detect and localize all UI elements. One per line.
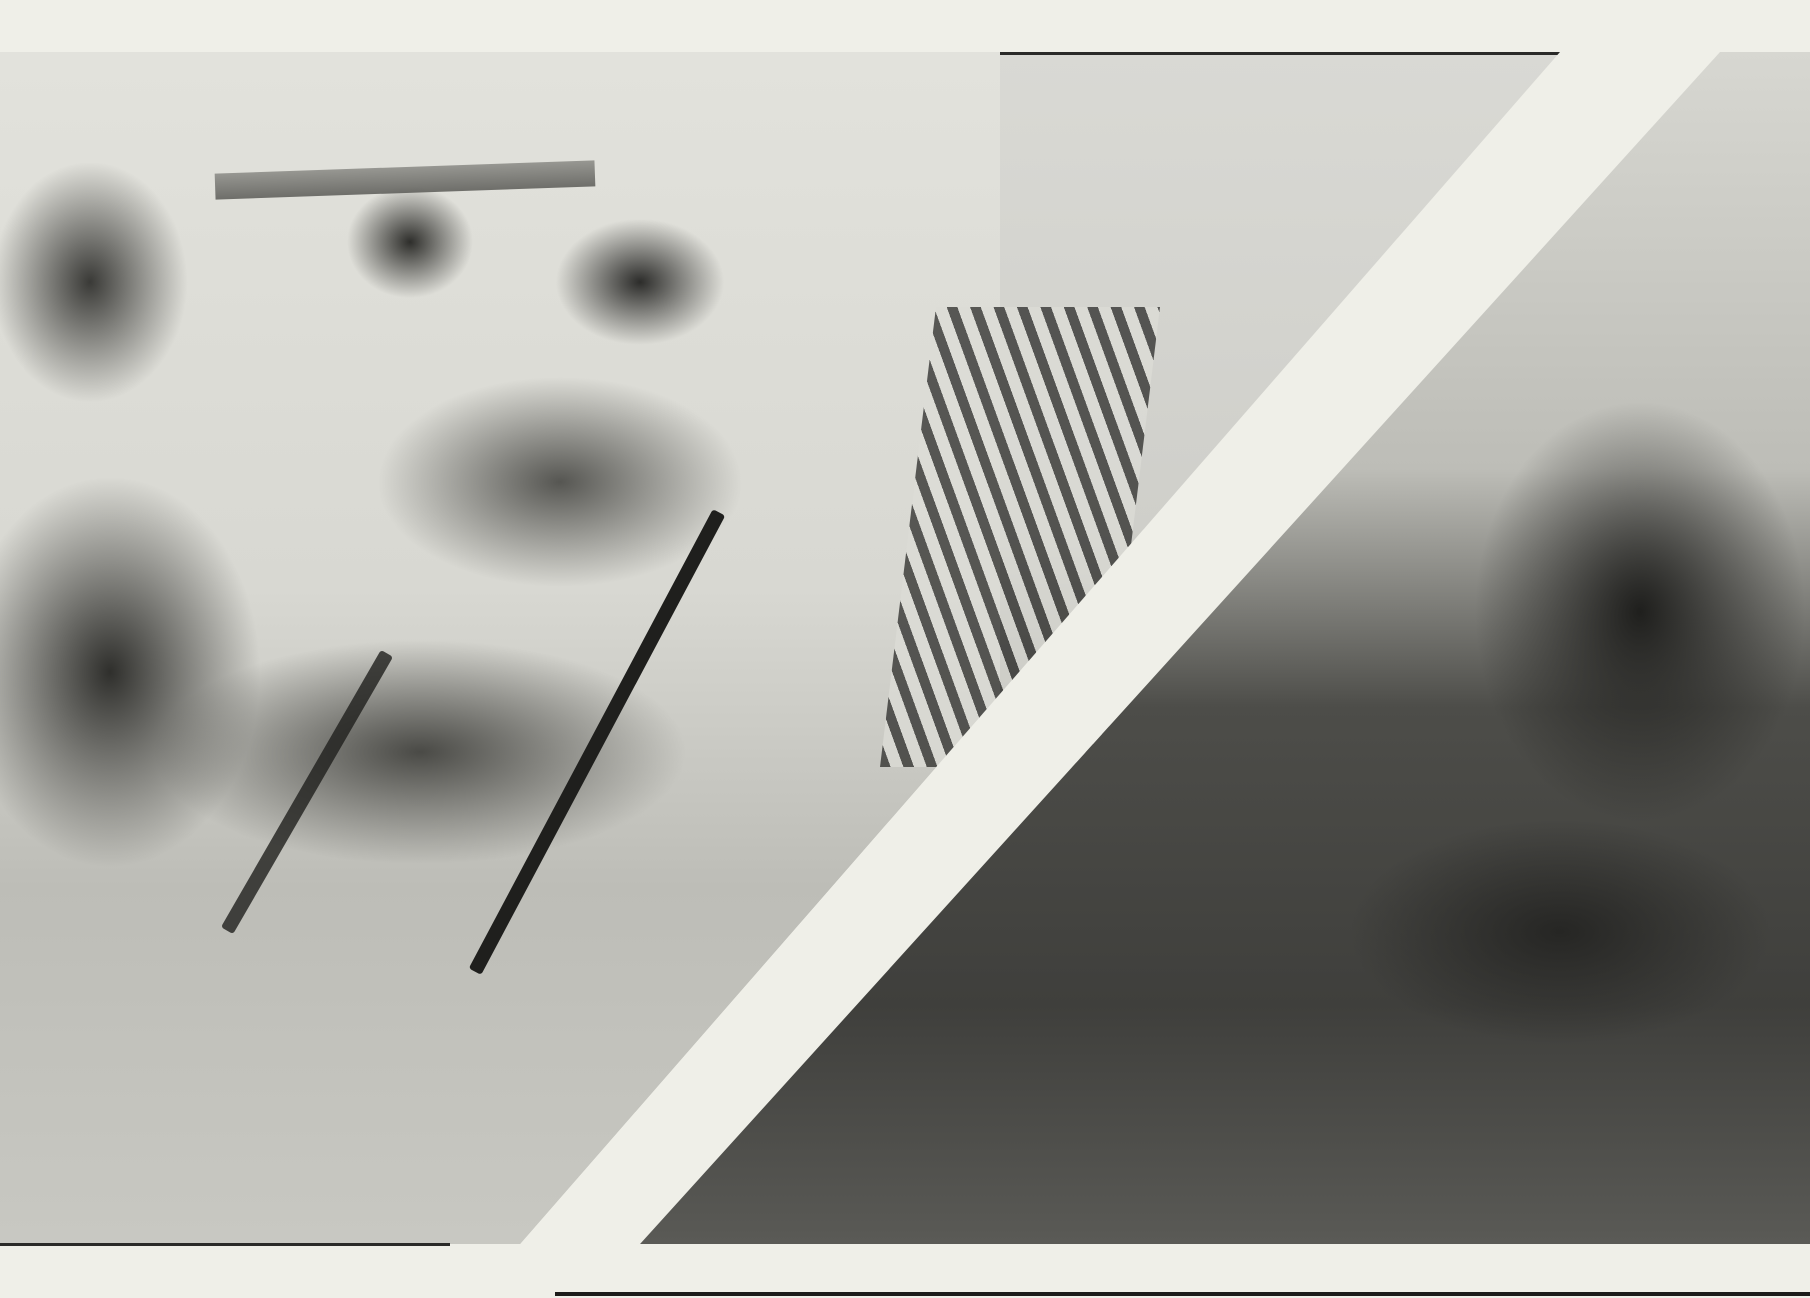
scanned-page <box>0 0 1810 1298</box>
photograph <box>0 52 1810 1244</box>
control-lever <box>469 509 725 975</box>
chair-leg <box>221 650 393 934</box>
machinery-crossbar <box>215 160 596 199</box>
print-border-line <box>555 1292 1810 1296</box>
print-border-line <box>0 1243 450 1246</box>
